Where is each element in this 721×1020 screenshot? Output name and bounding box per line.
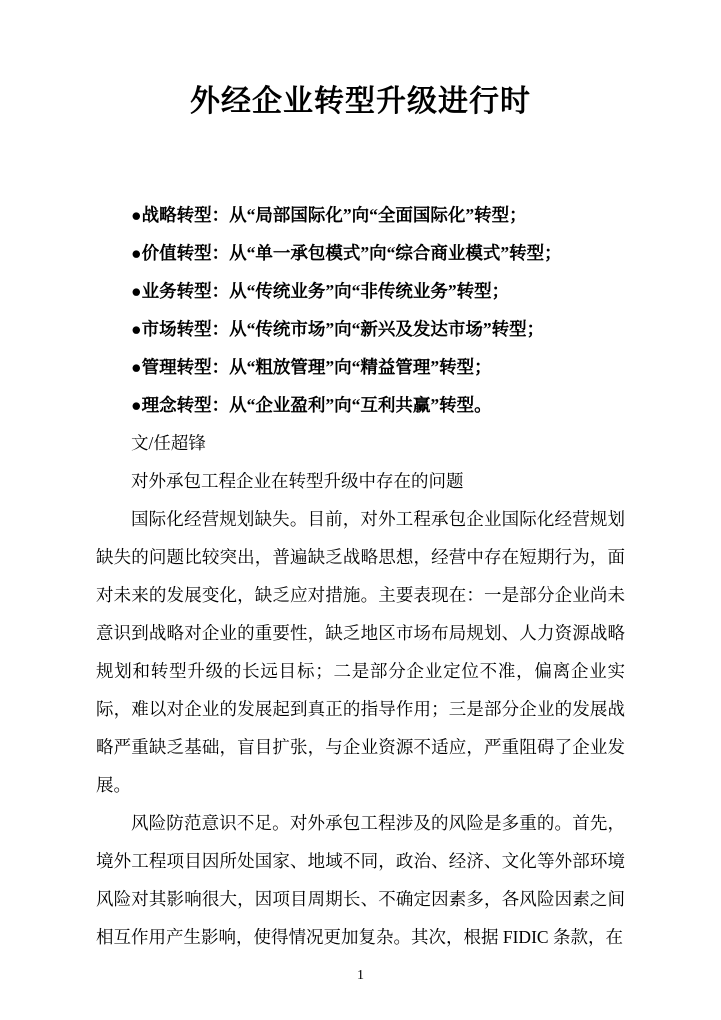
- bullet-text: 战略转型：从“局部国际化”向“全面国际化”转型；: [142, 205, 527, 225]
- bullet-item: ●价值转型：从“单一承包模式”向“综合商业模式”转型；: [96, 234, 625, 272]
- section-heading: 对外承包工程企业在转型升级中存在的问题: [96, 462, 625, 500]
- bullet-text: 价值转型：从“单一承包模式”向“综合商业模式”转型；: [142, 243, 562, 263]
- page-number: 1: [0, 966, 721, 986]
- document-title: 外经企业转型升级进行时: [0, 84, 721, 120]
- bullet-icon: ●: [131, 205, 142, 225]
- document-body: ●战略转型：从“局部国际化”向“全面国际化”转型； ●价值转型：从“单一承包模式…: [96, 196, 625, 956]
- bullet-item: ●市场转型：从“传统市场”向“新兴及发达市场”转型；: [96, 310, 625, 348]
- bullet-item: ●理念转型：从“企业盈利”向“互利共赢”转型。: [96, 386, 625, 424]
- bullet-item: ●业务转型：从“传统业务”向“非传统业务”转型；: [96, 272, 625, 310]
- bullet-list: ●战略转型：从“局部国际化”向“全面国际化”转型； ●价值转型：从“单一承包模式…: [96, 196, 625, 424]
- bullet-text: 理念转型：从“企业盈利”向“互利共赢”转型。: [142, 395, 492, 415]
- bullet-icon: ●: [131, 319, 142, 339]
- bullet-item: ●战略转型：从“局部国际化”向“全面国际化”转型；: [96, 196, 625, 234]
- bullet-icon: ●: [131, 243, 142, 263]
- bullet-text: 业务转型：从“传统业务”向“非传统业务”转型；: [142, 281, 510, 301]
- paragraph: 国际化经营规划缺失。目前，对外工程承包企业国际化经营规划缺失的问题比较突出，普遍…: [96, 500, 625, 804]
- bullet-item: ●管理转型：从“粗放管理”向“精益管理”转型；: [96, 348, 625, 386]
- document-page: 外经企业转型升级进行时 ●战略转型：从“局部国际化”向“全面国际化”转型； ●价…: [0, 0, 721, 1020]
- byline: 文/任超锋: [96, 424, 625, 462]
- bullet-icon: ●: [131, 395, 142, 415]
- bullet-icon: ●: [131, 281, 142, 301]
- paragraph: 风险防范意识不足。对外承包工程涉及的风险是多重的。首先，境外工程项目因所处国家、…: [96, 804, 625, 956]
- bullet-icon: ●: [131, 357, 142, 377]
- bullet-text: 管理转型：从“粗放管理”向“精益管理”转型；: [142, 357, 492, 377]
- bullet-text: 市场转型：从“传统市场”向“新兴及发达市场”转型；: [142, 319, 545, 339]
